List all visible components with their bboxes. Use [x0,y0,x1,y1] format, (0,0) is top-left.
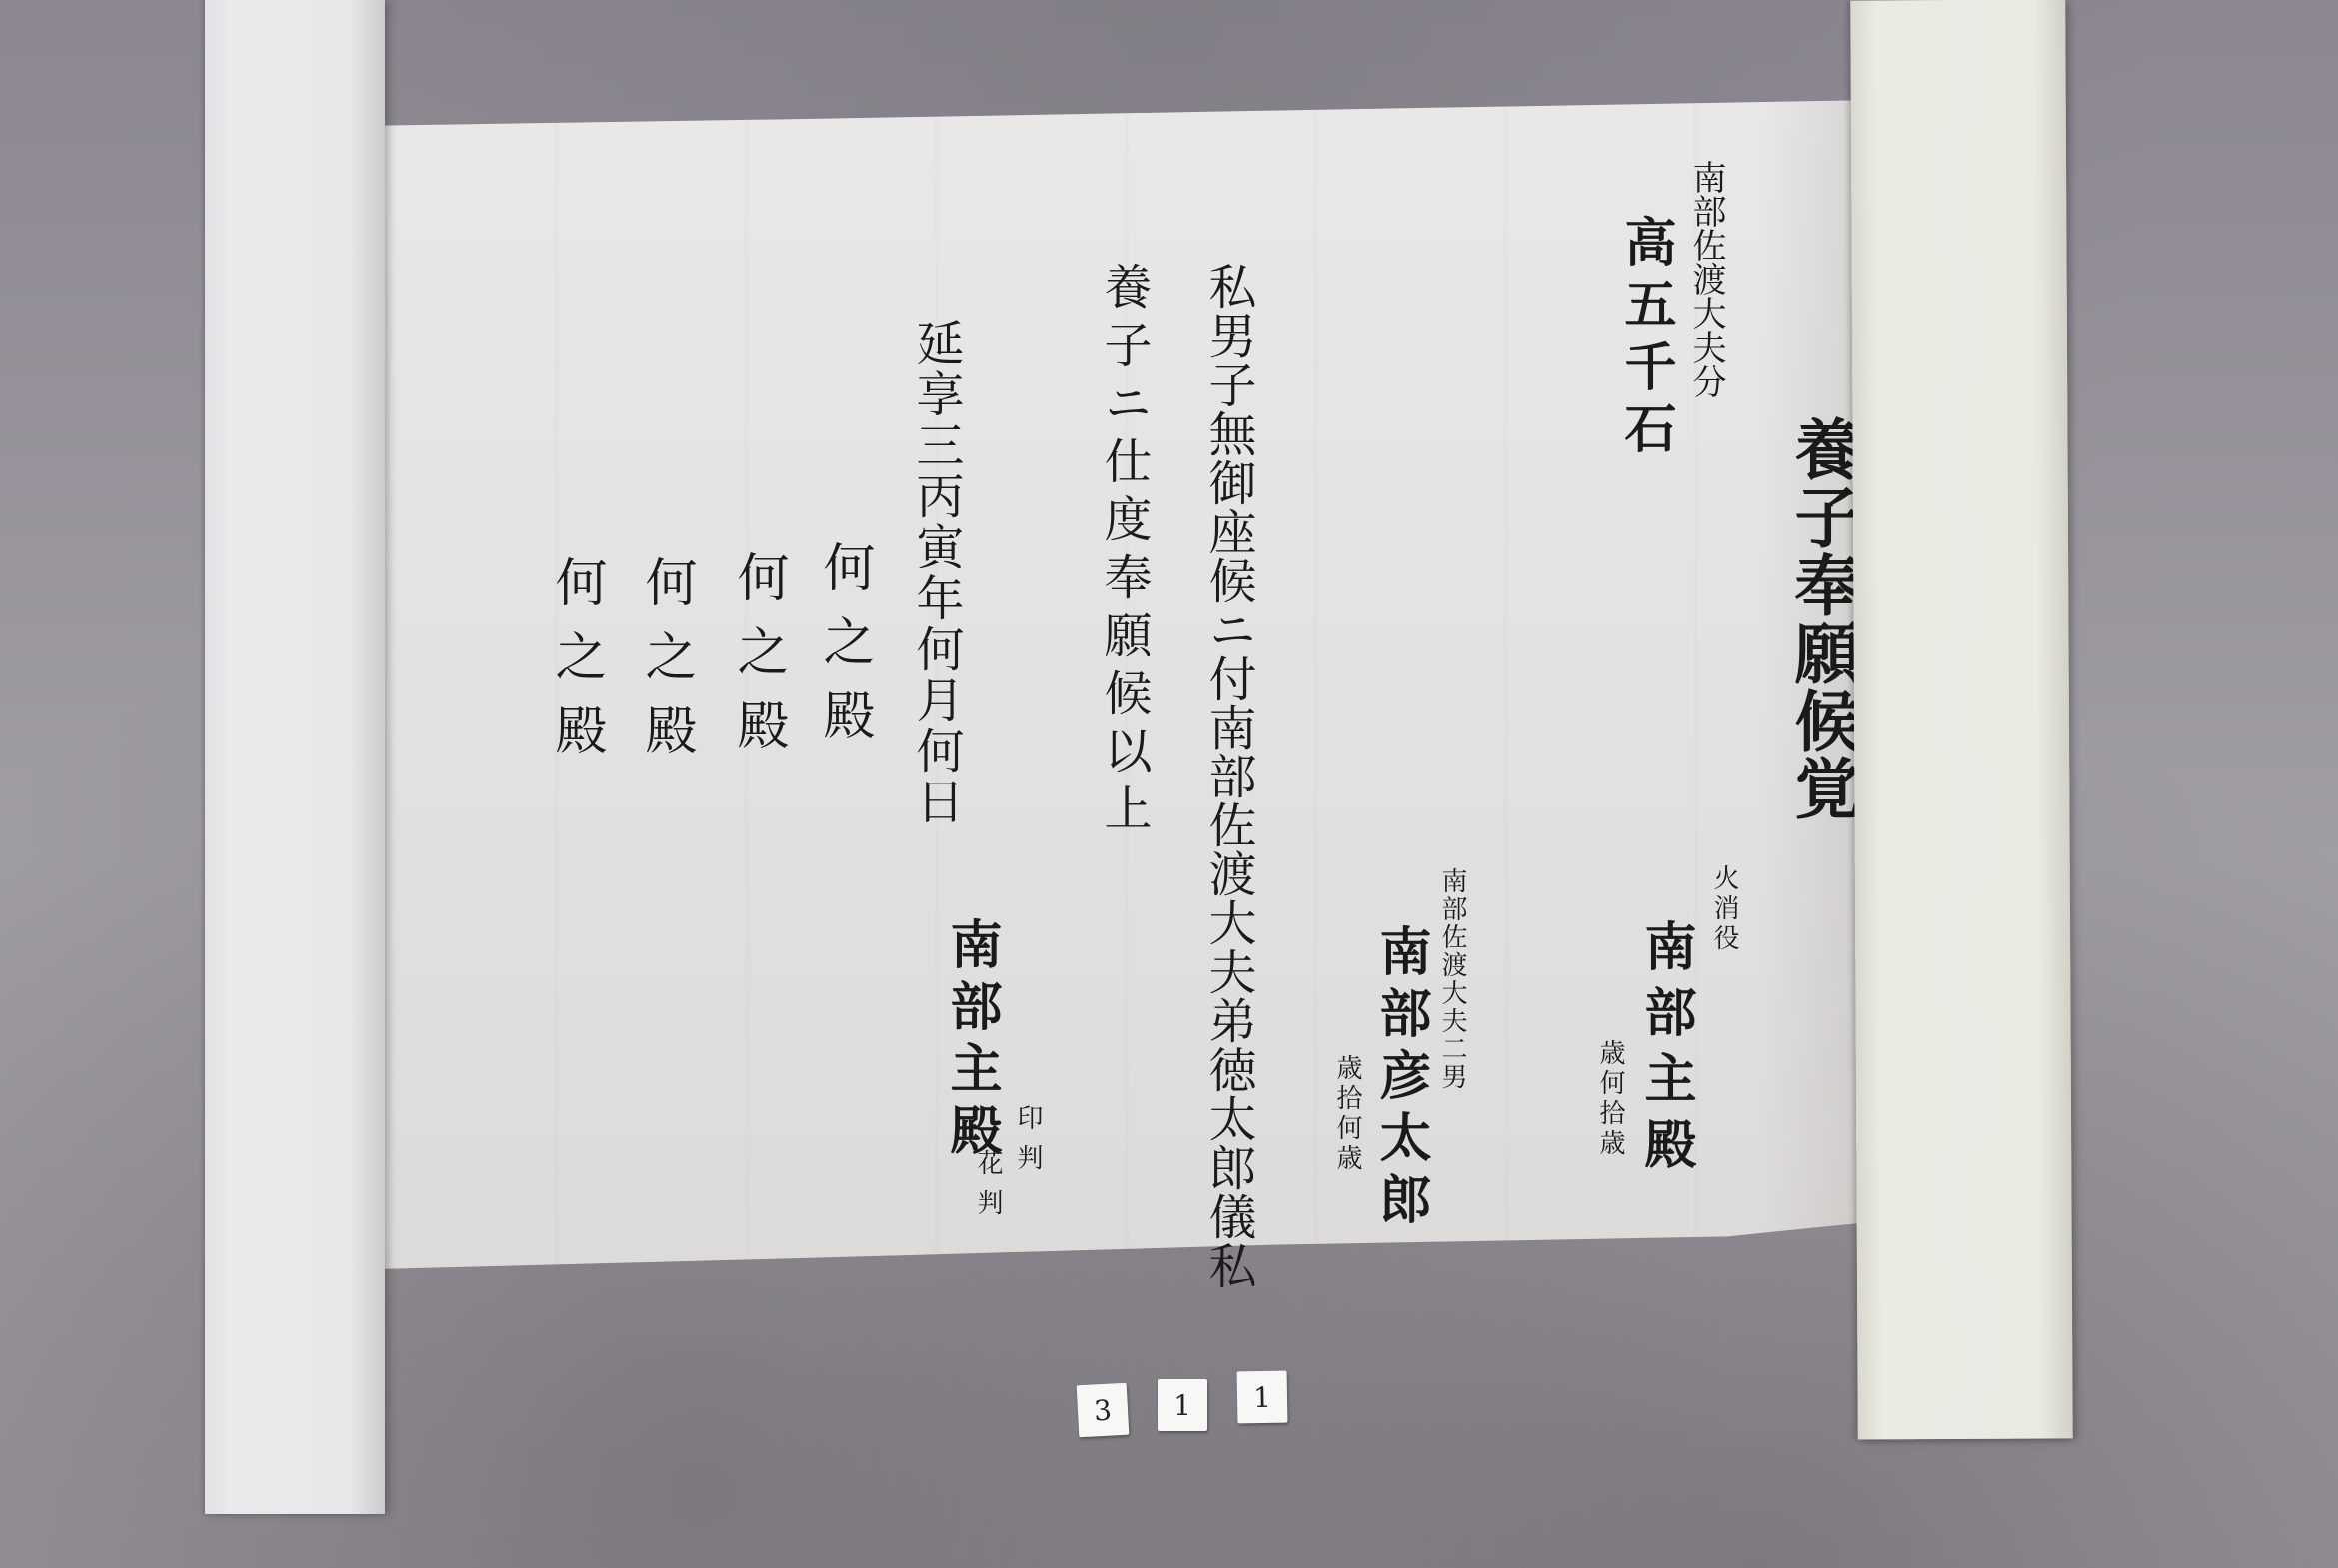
adoptee-age: 歳拾何歳 [1334,1054,1360,1174]
addressee-1: 何之殿 [818,540,870,762]
seal-mark-2: 花判 [975,1149,1001,1229]
addressee-4: 何之殿 [550,555,602,777]
document-title: 養子奉願候覚 [1789,415,1855,822]
signer-name: 南部主殿 [945,917,997,1165]
catalog-tile-2: 1 [1158,1379,1207,1431]
catalog-tile-3: 1 [1237,1371,1288,1424]
adoptee-name: 南部彦太郎 [1374,924,1426,1234]
adoptee-relation: 南部佐渡大夫二男 [1439,867,1465,1091]
applicant-name: 南部主殿 [1639,919,1691,1183]
body-line-1: 私男子無御座候ニ付南部佐渡大夫弟徳太郎儀私 [1204,262,1252,1290]
body-line-2: 養子ニ仕度奉願候以上 [1100,262,1148,841]
applicant-age: 歳何拾歳 [1597,1039,1623,1159]
addressee-2: 何之殿 [732,550,784,772]
koku-amount: 高五千石 [1619,215,1671,463]
catalog-tile-1: 3 [1077,1383,1130,1438]
date-line: 延享三丙寅年何月何日 [912,318,960,827]
seal-mark-1: 印判 [1015,1104,1041,1184]
right-weight-bar [1850,0,2073,1440]
applicant-role: 火消役 [1711,864,1737,954]
estate-note: 南部佐渡大夫分 [1689,160,1723,398]
left-weight-bar [205,0,385,1514]
addressee-3: 何之殿 [640,555,692,777]
